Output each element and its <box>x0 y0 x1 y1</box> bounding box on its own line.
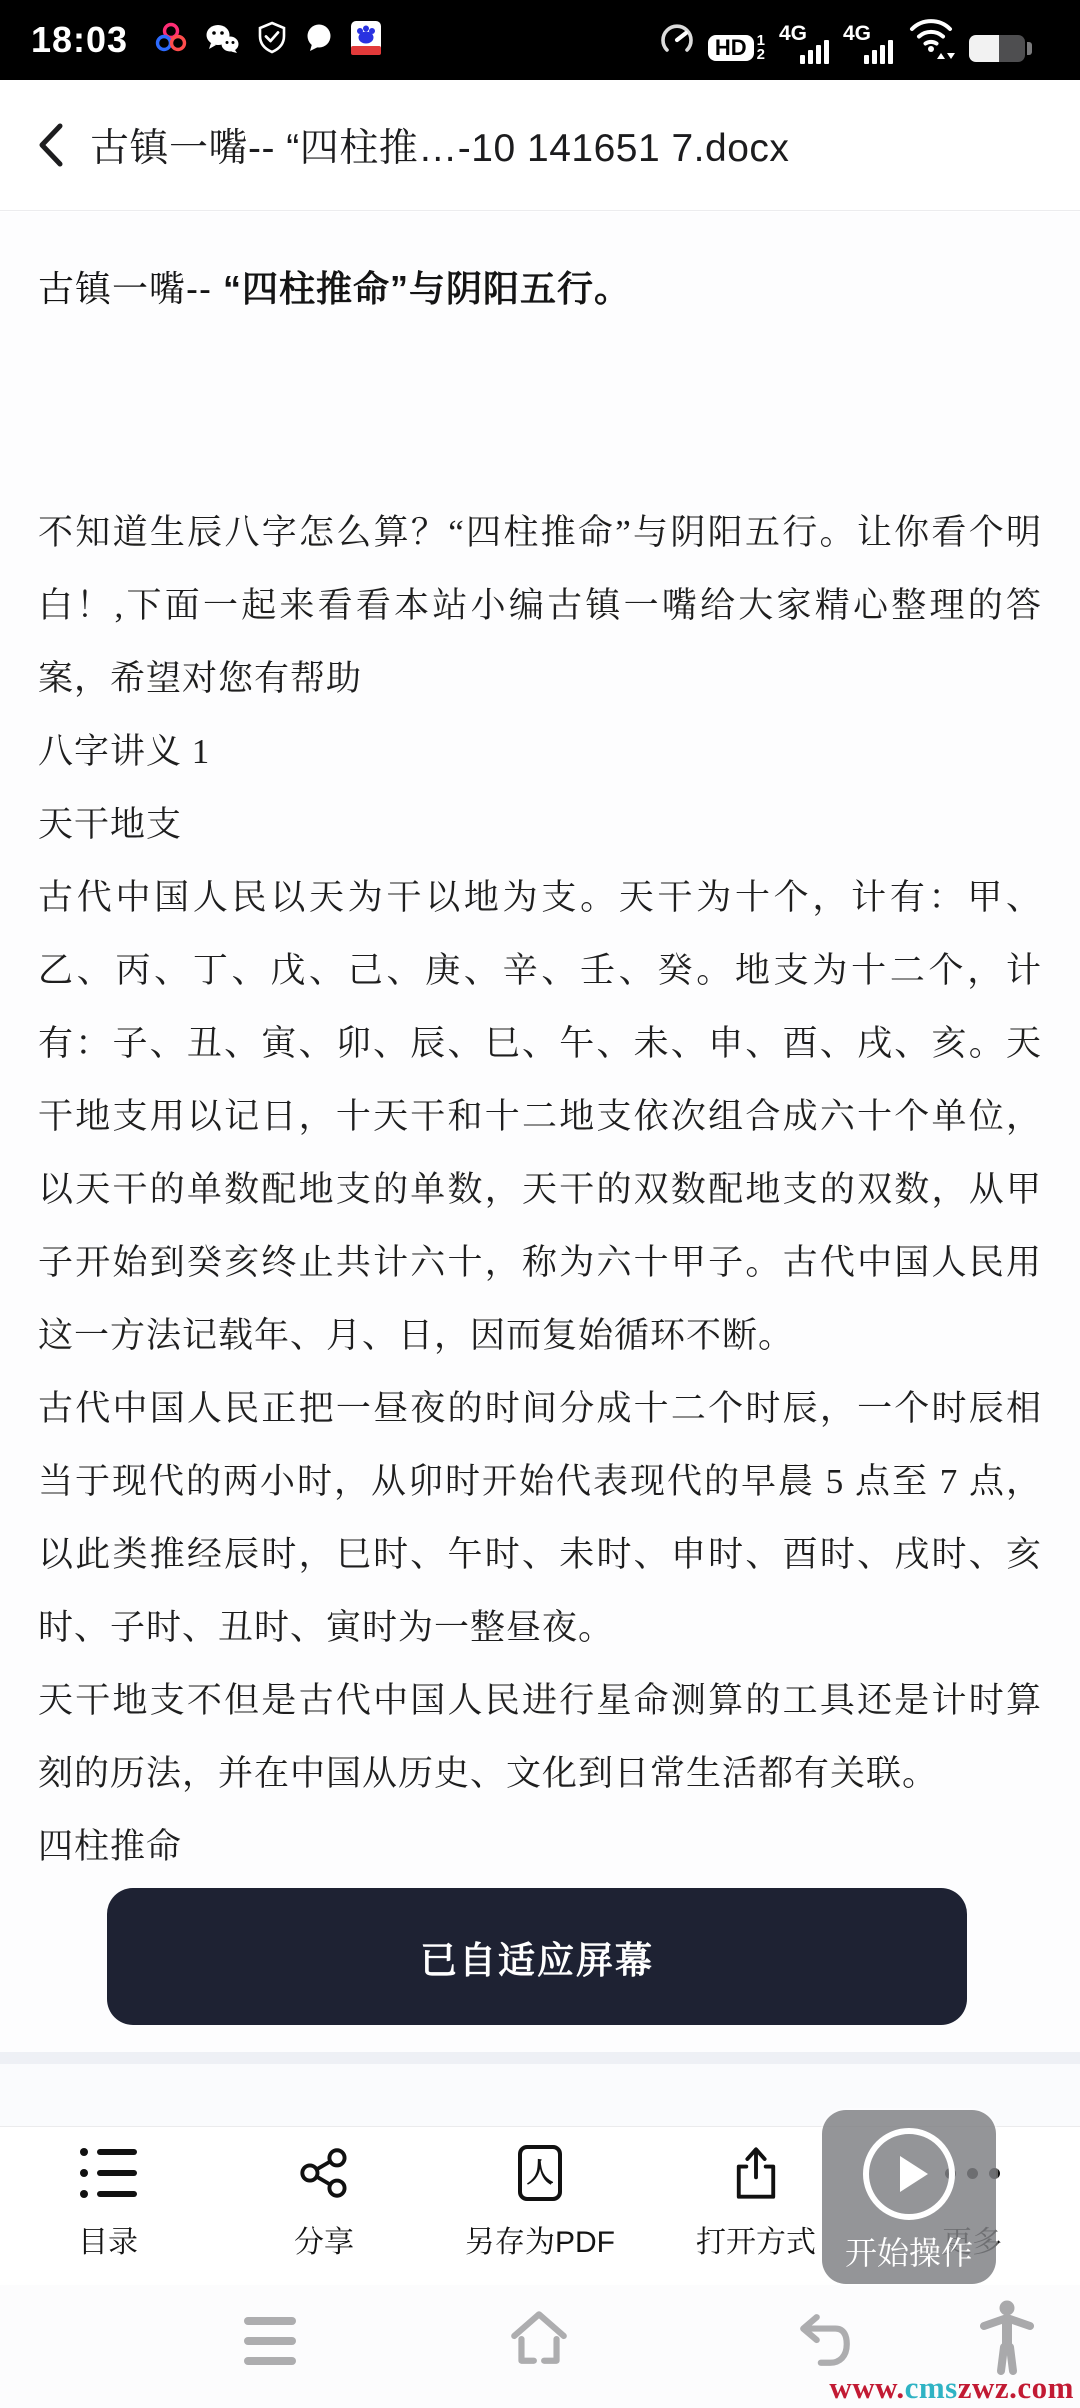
paragraph: 天干地支 <box>38 788 1042 861</box>
document-heading: 古镇一嘴-- “四柱推命”与阴阳五行。 <box>38 264 1042 314</box>
hd-volte-badge: HD 1 2 <box>708 34 765 62</box>
toolbar-label: 打开方式 <box>696 2217 816 2261</box>
heading-bold: “四柱推命”与阴阳五行。 <box>223 268 631 309</box>
paragraph: 古代中国人民正把一昼夜的时间分成十二个时辰，一个时辰相当于现代的两小时，从卯时开… <box>38 1372 1042 1664</box>
heading-prefix: 古镇一嘴-- <box>38 268 223 309</box>
home-icon[interactable] <box>506 2305 572 2374</box>
watermark: www.cmszwz.com <box>829 2370 1074 2406</box>
signal-sim1: 4G <box>779 22 829 66</box>
wifi-icon <box>907 15 955 66</box>
play-icon <box>863 2128 955 2220</box>
speedometer-icon <box>660 23 694 62</box>
signal-bars-icon <box>800 40 829 64</box>
paragraph: 不知道生辰八字怎么算？“四柱推命”与阴阳五行。让你看个明白！,下面一起来看看本站… <box>38 496 1042 715</box>
clock: 18:03 <box>31 19 128 61</box>
document-title: 古镇一嘴-- “四柱推…-10 141651 7.docx <box>90 117 789 173</box>
paragraph: 天干地支不但是古代中国人民进行星命测算的工具还是计时算刻的历法，并在中国从历史、… <box>38 1664 1042 1810</box>
baidu-icon <box>350 20 382 61</box>
menu-icon[interactable] <box>244 2317 296 2365</box>
signal-sim2: 4G <box>843 22 893 66</box>
overlay-label: 开始操作 <box>845 2228 973 2274</box>
sim2-label: 2 <box>757 48 765 62</box>
share-icon <box>298 2143 350 2203</box>
battery-icon <box>969 35 1032 62</box>
document-view[interactable]: 古镇一嘴-- “四柱推命”与阴阳五行。 不知道生辰八字怎么算？“四柱推命”与阴阳… <box>0 212 1080 2052</box>
toolbar-label: 分享 <box>294 2217 354 2261</box>
fit-screen-toast: 已自适应屏幕 <box>107 1888 967 2025</box>
paragraph: 四柱推命 <box>38 1810 1042 1883</box>
system-status-icons: HD 1 2 4G 4G <box>660 15 1032 66</box>
paragraph: 八字讲义 1 <box>38 715 1042 788</box>
back-icon[interactable] <box>796 2313 854 2374</box>
notification-icons <box>154 20 382 61</box>
toolbar-item-save-pdf[interactable]: 人 另存为PDF <box>432 2127 648 2285</box>
open-with-icon <box>730 2143 782 2203</box>
pdf-glyph: 人 <box>527 2160 554 2187</box>
pdf-icon: 人 <box>518 2143 562 2203</box>
page-edge-divider <box>0 2052 1080 2064</box>
watermark-segment: www. <box>829 2370 904 2405</box>
wechat-icon <box>204 23 240 58</box>
toolbar-item-share[interactable]: 分享 <box>216 2127 432 2285</box>
chevron-left-icon <box>35 121 65 169</box>
hd-label: HD <box>708 35 754 61</box>
toc-icon <box>80 2143 137 2203</box>
toolbar-item-toc[interactable]: 目录 <box>0 2127 216 2285</box>
document-body: 不知道生辰八字怎么算？“四柱推命”与阴阳五行。让你看个明白！,下面一起来看看本站… <box>38 496 1042 1883</box>
watermark-segment: cms <box>905 2370 958 2405</box>
paragraph: 古代中国人民以天为干以地为支。天干为十个，计有：甲、乙、丙、丁、戊、己、庚、辛、… <box>38 861 1042 1372</box>
back-button[interactable] <box>20 105 80 185</box>
shield-check-icon <box>256 21 288 59</box>
accessibility-person-icon[interactable] <box>980 2299 1034 2380</box>
title-bar: 古镇一嘴-- “四柱推…-10 141651 7.docx <box>0 80 1080 211</box>
rings-icon <box>154 22 188 59</box>
watermark-segment: zwz.com <box>958 2370 1074 2405</box>
start-operation-overlay[interactable]: 开始操作 <box>822 2110 996 2284</box>
toolbar-label: 另存为PDF <box>465 2217 615 2261</box>
signal-bars-icon <box>864 40 893 64</box>
chat-bubble-icon <box>304 23 334 58</box>
toolbar-label: 目录 <box>78 2217 138 2261</box>
status-bar: 18:03 <box>0 0 1080 80</box>
